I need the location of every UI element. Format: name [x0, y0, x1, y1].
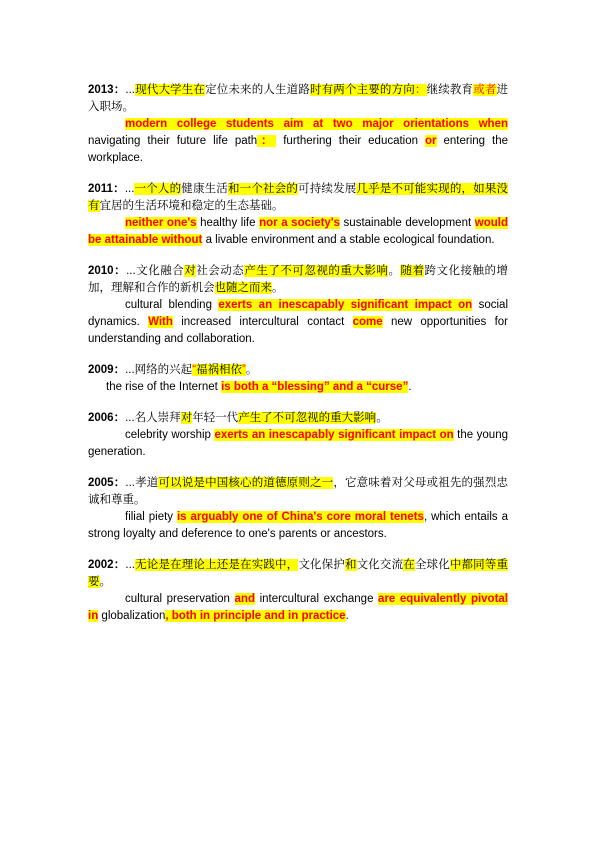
text-run: cultural preservation [125, 593, 235, 605]
text-run: 文化交流 [357, 559, 404, 571]
highlighted-text-run: neither one's [125, 217, 197, 229]
text-run: the rise of the Internet [106, 381, 221, 393]
highlighted-text-run: 产生了不可忽视的重大影响 [238, 412, 376, 424]
highlighted-text-run: modern college students aim at two major… [125, 118, 508, 130]
text-run: globalization [98, 610, 165, 622]
chinese-sentence: 2002：...无论是在理论上还是在实践中，文化保护和文化交流在全球化中都同等重… [88, 557, 508, 591]
text-run: ...文化融合 [126, 265, 184, 277]
text-run: healthy life [197, 217, 260, 229]
highlighted-text-run: 和 [345, 559, 357, 571]
text-run: ...孝道 [125, 477, 158, 489]
text-run: ...网络的兴起 [125, 364, 192, 376]
highlighted-text-run: exerts an inescapably significant impact… [218, 299, 472, 311]
year-section-2010: 2010：...文化融合对社会动态产生了不可忽视的重大影响。随着跨文化接触的增加… [88, 263, 508, 348]
highlighted-text-run: 产生了不可忽视的重大影响 [244, 265, 388, 277]
highlighted-text-run: 福祸相依 [196, 364, 242, 376]
chinese-sentence: 2005：...孝道可以说是中国核心的道德原则之一，它意味着对父母或祖先的强烈忠… [88, 475, 508, 509]
highlighted-text-run: and [235, 593, 255, 605]
highlighted-text-run: is arguably one of China's core moral te… [177, 511, 424, 523]
year-section-2005: 2005：...孝道可以说是中国核心的道德原则之一，它意味着对父母或祖先的强烈忠… [88, 475, 508, 543]
english-translation: modern college students aim at two major… [88, 116, 508, 167]
highlighted-text-run: is both a “blessing” and a “curse” [221, 381, 408, 393]
year-section-2009: 2009：...网络的兴起“福祸相依”。the rise of the Inte… [88, 362, 508, 396]
chinese-sentence: 2009：...网络的兴起“福祸相依”。 [88, 362, 508, 379]
highlighted-text-run: nor a society's [259, 217, 340, 229]
highlighted-text-run: , both in principle and in practice [165, 610, 345, 622]
text-run: ...名人崇拜 [125, 412, 181, 424]
text-run: 文化保护 [298, 559, 345, 571]
text-run: 2011： [88, 183, 125, 195]
text-run: ... [125, 84, 135, 96]
english-translation: filial piety is arguably one of China's … [88, 509, 508, 543]
text-run: 可持续发展 [298, 183, 356, 195]
highlighted-text-run: ： [257, 135, 276, 147]
year-section-2013: 2013：...现代大学生在定位未来的人生道路时有两个主要的方向：继续教育或者进… [88, 82, 508, 167]
text-run: 。 [388, 265, 400, 277]
highlighted-text-run: 一个人的 [134, 183, 181, 195]
text-run: 2006： [88, 412, 125, 424]
text-run: celebrity worship [125, 429, 214, 441]
year-section-2011: 2011：...一个人的健康生活和一个社会的可持续发展几乎是不可能实现的，如果没… [88, 181, 508, 249]
chinese-sentence: 2011：...一个人的健康生活和一个社会的可持续发展几乎是不可能实现的，如果没… [88, 181, 508, 215]
english-translation: neither one's healthy life nor a society… [88, 215, 508, 249]
highlighted-text-run: 和一个社会的 [228, 183, 298, 195]
text-run: cultural blending [125, 299, 218, 311]
text-run: 2002： [88, 559, 125, 571]
text-run: 。 [100, 576, 112, 588]
text-run: filial piety [125, 511, 177, 523]
text-run: 。 [272, 282, 284, 294]
highlighted-text-run: ： [415, 84, 427, 96]
text-run: a livable environment and a stable ecolo… [202, 234, 494, 246]
text-run: 全球化 [415, 559, 450, 571]
highlighted-text-run: 也随之而来 [215, 282, 273, 294]
text-run: ... [125, 559, 135, 571]
highlighted-text-run: 现代大学生在 [135, 84, 205, 96]
highlighted-text-run: 可以说是中国核心的道德原则之一 [158, 477, 333, 489]
highlighted-text-run: 时有两个主要的方向 [310, 84, 415, 96]
chinese-sentence: 2006：...名人崇拜对年轻一代产生了不可忽视的重大影响。 [88, 410, 508, 427]
highlighted-text-run: With [148, 316, 173, 328]
text-run: 社会动态 [196, 265, 244, 277]
text-run: . [346, 610, 349, 622]
english-translation: celebrity worship exerts an inescapably … [88, 427, 508, 461]
text-run: 年轻一代 [192, 412, 238, 424]
text-run: ... [125, 183, 135, 195]
highlighted-text-run: 无论是在理论上还是在实践中， [135, 559, 298, 571]
english-translation: the rise of the Internet is both a “bles… [88, 379, 508, 396]
year-section-2006: 2006：...名人崇拜对年轻一代产生了不可忽视的重大影响。celebrity … [88, 410, 508, 461]
chinese-sentence: 2013：...现代大学生在定位未来的人生道路时有两个主要的方向：继续教育或者进… [88, 82, 508, 116]
highlighted-text-run: exerts an inescapably significant impact… [214, 429, 453, 441]
text-run: increased intercultural contact [173, 316, 353, 328]
text-run: furthering their education [276, 135, 425, 147]
highlighted-text-run: 对 [184, 265, 196, 277]
highlighted-text-run: 或者 [473, 84, 496, 96]
text-run: 2005： [88, 477, 125, 489]
english-translation: cultural blending exerts an inescapably … [88, 297, 508, 348]
text-run: 宜居的生活环境和稳定的生态基础。 [100, 200, 284, 212]
text-run: 2013： [88, 84, 125, 96]
text-run: 2009： [88, 364, 125, 376]
highlighted-text-run: 在 [403, 559, 415, 571]
document-viewport: { "page": { "background_color": "#ffffff… [0, 0, 596, 842]
document-page: 2013：...现代大学生在定位未来的人生道路时有两个主要的方向：继续教育或者进… [0, 0, 596, 842]
highlighted-text-run: or [425, 135, 437, 147]
english-translation: cultural preservation and intercultural … [88, 591, 508, 625]
year-section-2002: 2002：...无论是在理论上还是在实践中，文化保护和文化交流在全球化中都同等重… [88, 557, 508, 625]
highlighted-text-run: 对 [181, 412, 193, 424]
text-run: . [408, 381, 411, 393]
text-run: 2010： [88, 265, 126, 277]
text-run: 。 [246, 364, 258, 376]
text-run: 定位未来的人生道路 [205, 84, 310, 96]
chinese-sentence: 2010：...文化融合对社会动态产生了不可忽视的重大影响。随着跨文化接触的增加… [88, 263, 508, 297]
highlighted-text-run: come [353, 316, 383, 328]
text-run: intercultural exchange [255, 593, 378, 605]
text-run: 。 [376, 412, 388, 424]
text-run: 健康生活 [181, 183, 228, 195]
text-run: 继续教育 [427, 84, 474, 96]
text-run: sustainable development [340, 217, 475, 229]
text-run: navigating their future life path [88, 135, 257, 147]
highlighted-text-run: 随着 [400, 265, 424, 277]
